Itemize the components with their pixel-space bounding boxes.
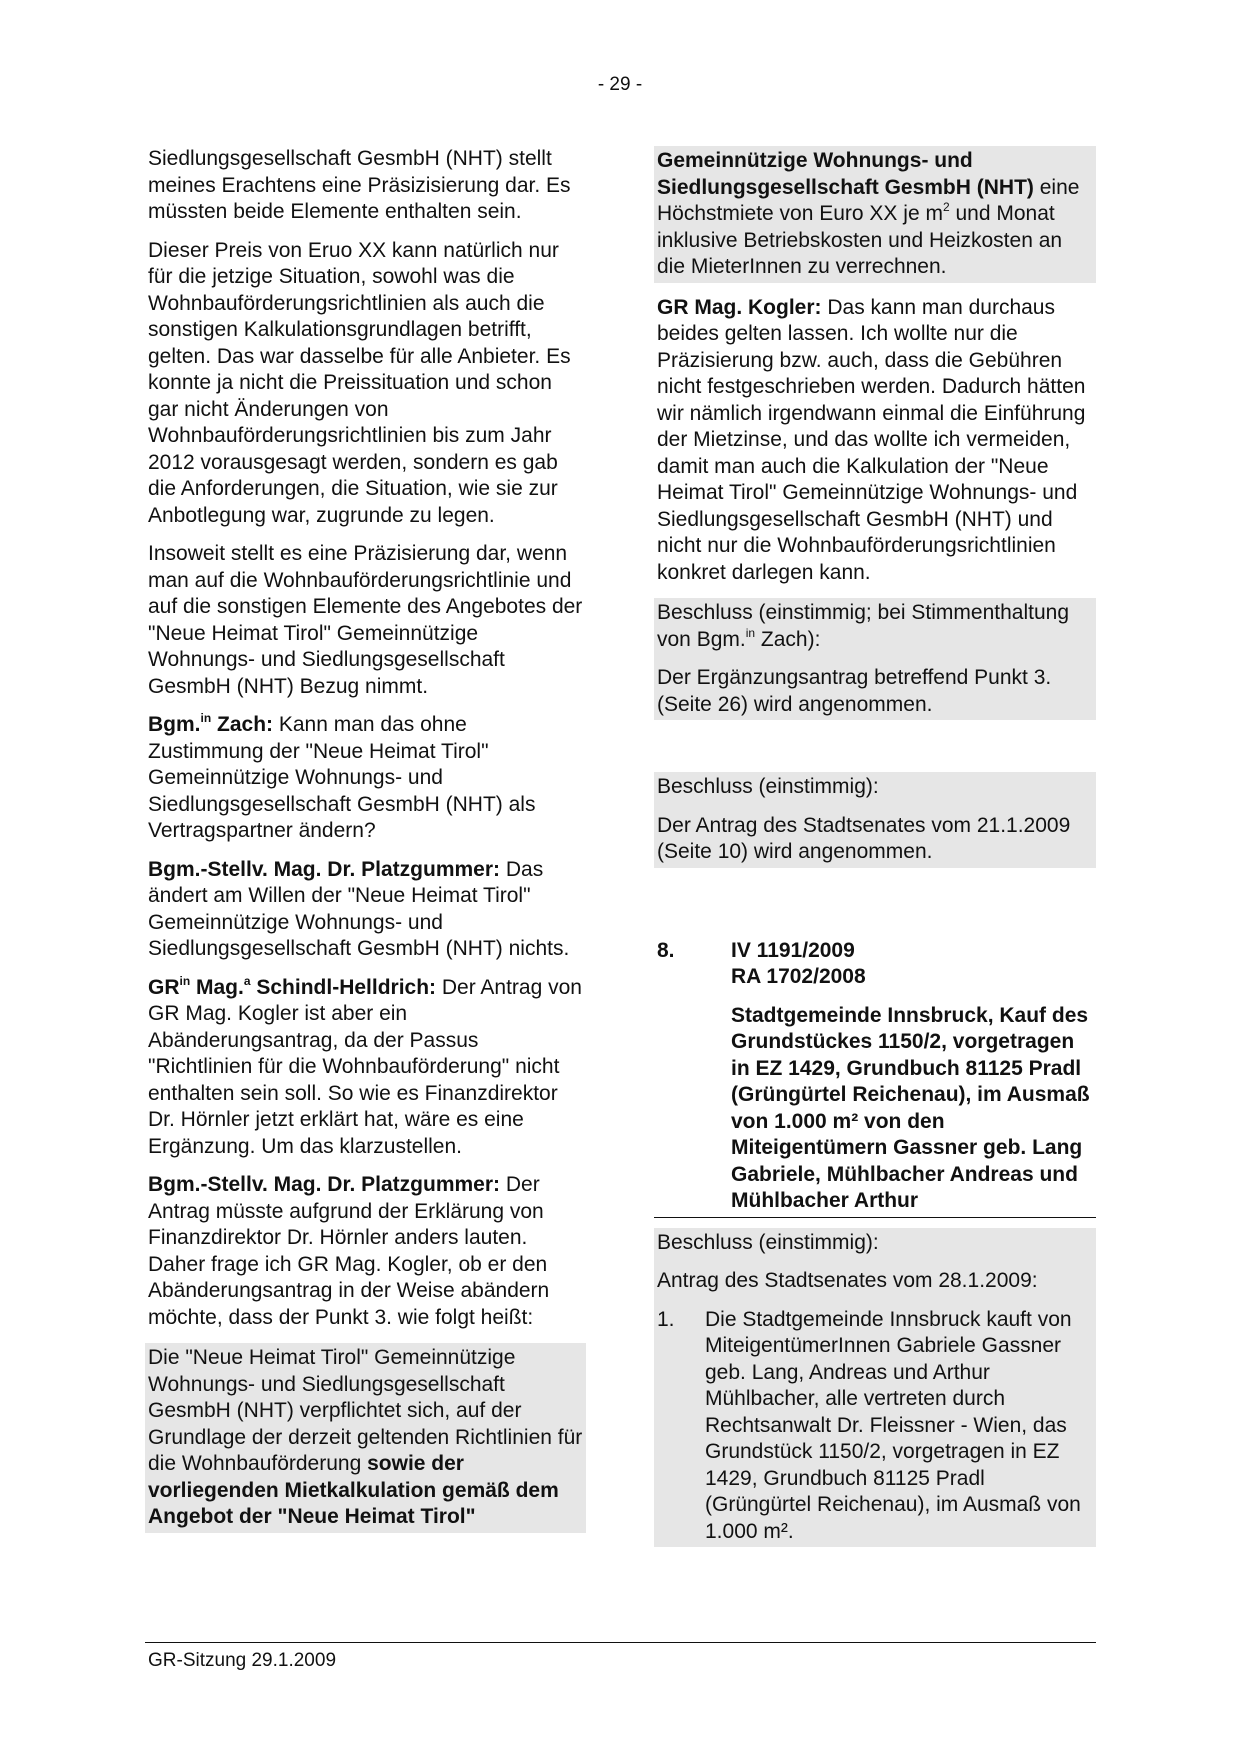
resolution-text: Der Antrag des Stadtsenates vom 21.1.200… <box>657 813 1093 866</box>
speech-text: Der Antrag müsste aufgrund der Erklärung… <box>148 1173 549 1329</box>
divider <box>654 1217 1096 1218</box>
paragraph: Dieser Preis von Eruo XX kann natürlich … <box>145 238 586 530</box>
speaker-name: GRin Mag.a Schindl-Helldrich: <box>148 976 436 999</box>
resolution-label: Beschluss (einstimmig; bei Stimmenthaltu… <box>657 600 1093 653</box>
file-code: RA 1702/2008 <box>731 964 1093 991</box>
resolution-label: Beschluss (einstimmig): <box>657 774 1093 801</box>
speaker-name: Bgm.-Stellv. Mag. Dr. Platzgummer: <box>148 1173 500 1196</box>
agenda-item-number: 8. <box>657 938 731 1215</box>
motion-text: Die "Neue Heimat Tirol" Gemeinnützige Wo… <box>148 1346 582 1475</box>
agenda-item-heading: 8. IV 1191/2009 RA 1702/2008 Stadtgemein… <box>654 938 1096 1215</box>
resolution-intro: Antrag des Stadtsenates vom 28.1.2009: <box>657 1268 1093 1295</box>
resolution-box: Beschluss (einstimmig): Antrag des Stadt… <box>654 1228 1096 1548</box>
speech-paragraph: Bgm.-Stellv. Mag. Dr. Platzgummer: Der A… <box>145 1172 586 1331</box>
resolution-box: Beschluss (einstimmig): Der Antrag des S… <box>654 772 1096 868</box>
file-code: IV 1191/2009 <box>731 938 1093 965</box>
motion-text-box-continued: Gemeinnützige Wohnungs- und Siedlungsges… <box>654 146 1096 283</box>
speech-text: Das kann man durchaus beides gelten lass… <box>657 296 1085 584</box>
right-column: Gemeinnützige Wohnungs- und Siedlungsges… <box>654 146 1096 1559</box>
motion-text-box: Die "Neue Heimat Tirol" Gemeinnützige Wo… <box>145 1343 586 1533</box>
resolution-label: Beschluss (einstimmig): <box>657 1230 1093 1257</box>
speech-paragraph: Bgm.in Zach: Kann man das ohne Zustimmun… <box>145 712 586 845</box>
list-item-number: 1. <box>657 1307 705 1546</box>
list-item: 1. Die Stadtgemeinde Innsbruck kauft von… <box>657 1307 1093 1546</box>
paragraph: Insoweit stellt es eine Präzisierung dar… <box>145 541 586 700</box>
resolution-text: Der Ergänzungsantrag betreffend Punkt 3.… <box>657 665 1093 718</box>
speaker-name: GR Mag. Kogler: <box>657 296 822 319</box>
speech-paragraph: GRin Mag.a Schindl-Helldrich: Der Antrag… <box>145 975 586 1161</box>
paragraph: Siedlungsgesellschaft GesmbH (NHT) stell… <box>145 146 586 226</box>
resolution-box: Beschluss (einstimmig; bei Stimmenthaltu… <box>654 598 1096 720</box>
page-number: - 29 - <box>0 72 1240 99</box>
speech-text: Der Antrag von GR Mag. Kogler ist aber e… <box>148 976 582 1158</box>
speaker-name: Bgm.in Zach: <box>148 713 273 736</box>
speaker-name: Bgm.-Stellv. Mag. Dr. Platzgummer: <box>148 858 500 881</box>
motion-text-bold: Gemeinnützige Wohnungs- und Siedlungsges… <box>657 149 1034 199</box>
footer-divider <box>145 1642 1096 1643</box>
list-item-text: Die Stadtgemeinde Innsbruck kauft von Mi… <box>705 1307 1093 1546</box>
speech-paragraph: GR Mag. Kogler: Das kann man durchaus be… <box>654 295 1096 587</box>
agenda-item-title: Stadtgemeinde Innsbruck, Kauf des Grunds… <box>731 1003 1093 1215</box>
footer-text: GR-Sitzung 29.1.2009 <box>148 1648 336 1675</box>
left-column: Siedlungsgesellschaft GesmbH (NHT) stell… <box>145 146 586 1545</box>
speech-paragraph: Bgm.-Stellv. Mag. Dr. Platzgummer: Das ä… <box>145 857 586 963</box>
